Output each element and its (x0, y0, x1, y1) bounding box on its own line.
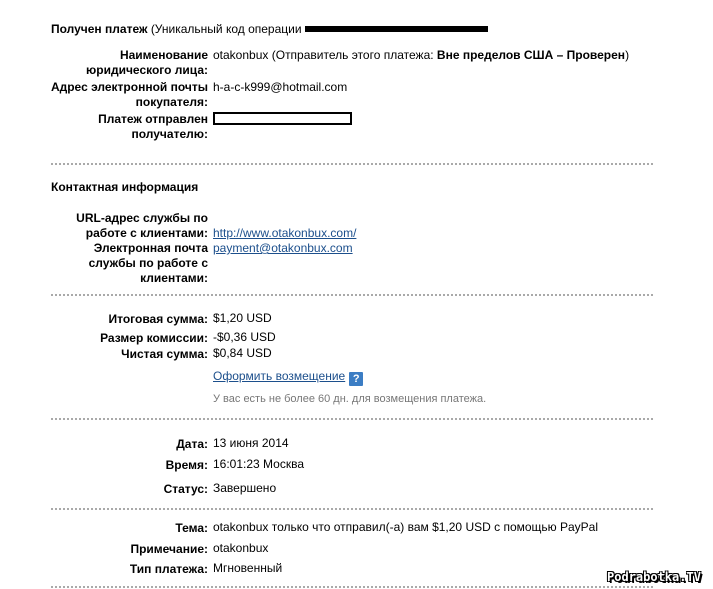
label-line: Адрес электронной почты (0, 80, 208, 95)
label-line: URL-адрес службы по (0, 211, 208, 226)
title-bold: Получен платеж (51, 22, 147, 36)
label-line: Электронная почта (0, 241, 208, 256)
sender-status: Вне пределов США – Проверен (437, 48, 625, 62)
buyer-email-label: Адрес электронной почты покупателя: (0, 80, 208, 110)
label-line: юридического лица: (0, 63, 208, 78)
transaction-id-redacted (305, 26, 488, 32)
fee-value: -$0,36 USD (213, 330, 276, 345)
divider (51, 586, 653, 588)
title-transaction-label: (Уникальный код операции (151, 22, 302, 36)
divider (51, 294, 653, 296)
label-line: Наименование (0, 48, 208, 63)
label-line: покупателя: (0, 95, 208, 110)
note-label: Примечание: (0, 542, 208, 556)
divider (51, 508, 653, 510)
total-value: $1,20 USD (213, 311, 272, 326)
divider (51, 418, 653, 420)
help-icon[interactable]: ? (349, 372, 363, 386)
recipient-redacted-box (213, 112, 352, 125)
payment-type-label: Тип платежа: (0, 562, 208, 576)
net-label: Чистая сумма: (0, 347, 208, 361)
payment-received-title: Получен платеж (Уникальный код операции (51, 22, 488, 36)
label-line: работе с клиентами: (0, 226, 208, 241)
status-label: Статус: (0, 482, 208, 496)
label-line: службы по работе с (0, 256, 208, 271)
legal-name-value: otakonbux (Отправитель этого платежа: Вн… (213, 48, 629, 63)
buyer-email-value: h-a-c-k999@hotmail.com (213, 80, 347, 95)
time-value: 16:01:23 Москва (213, 457, 304, 472)
refund-link[interactable]: Оформить возмещение (213, 369, 345, 383)
time-label: Время: (0, 458, 208, 472)
refund-row: Оформить возмещение? (213, 369, 363, 386)
total-label: Итоговая сумма: (0, 312, 208, 326)
subject-value: otakonbux только что отправил(-а) вам $1… (213, 520, 598, 535)
date-label: Дата: (0, 437, 208, 451)
subject-label: Тема: (0, 521, 208, 535)
label-line: клиентами: (0, 271, 208, 286)
refund-note: У вас есть не более 60 дн. для возмещени… (213, 392, 486, 407)
sender-name: otakonbux (213, 48, 268, 62)
label-line: получателю: (0, 127, 208, 142)
support-url-link[interactable]: http://www.otakonbux.com/ (213, 226, 356, 241)
fee-label: Размер комиссии: (0, 331, 208, 345)
support-url-label: URL-адрес службы по работе с клиентами: (0, 211, 208, 241)
label-line: Платеж отправлен (0, 112, 208, 127)
support-email-label: Электронная почта службы по работе с кли… (0, 241, 208, 286)
net-value: $0,84 USD (213, 346, 272, 361)
sender-note-prefix: (Отправитель этого платежа: (272, 48, 434, 62)
recipient-label: Платеж отправлен получателю: (0, 112, 208, 142)
contact-section-title: Контактная информация (51, 180, 198, 194)
date-value: 13 июня 2014 (213, 436, 289, 451)
support-email-link[interactable]: payment@otakonbux.com (213, 241, 353, 256)
recipient-value (213, 112, 352, 127)
watermark: Podrabotka.TV (607, 570, 701, 584)
note-value: otakonbux (213, 541, 268, 556)
payment-type-value: Мгновенный (213, 561, 282, 576)
sender-note-suffix: ) (625, 48, 629, 62)
status-value: Завершено (213, 481, 276, 496)
divider (51, 163, 653, 165)
legal-name-label: Наименование юридического лица: (0, 48, 208, 78)
